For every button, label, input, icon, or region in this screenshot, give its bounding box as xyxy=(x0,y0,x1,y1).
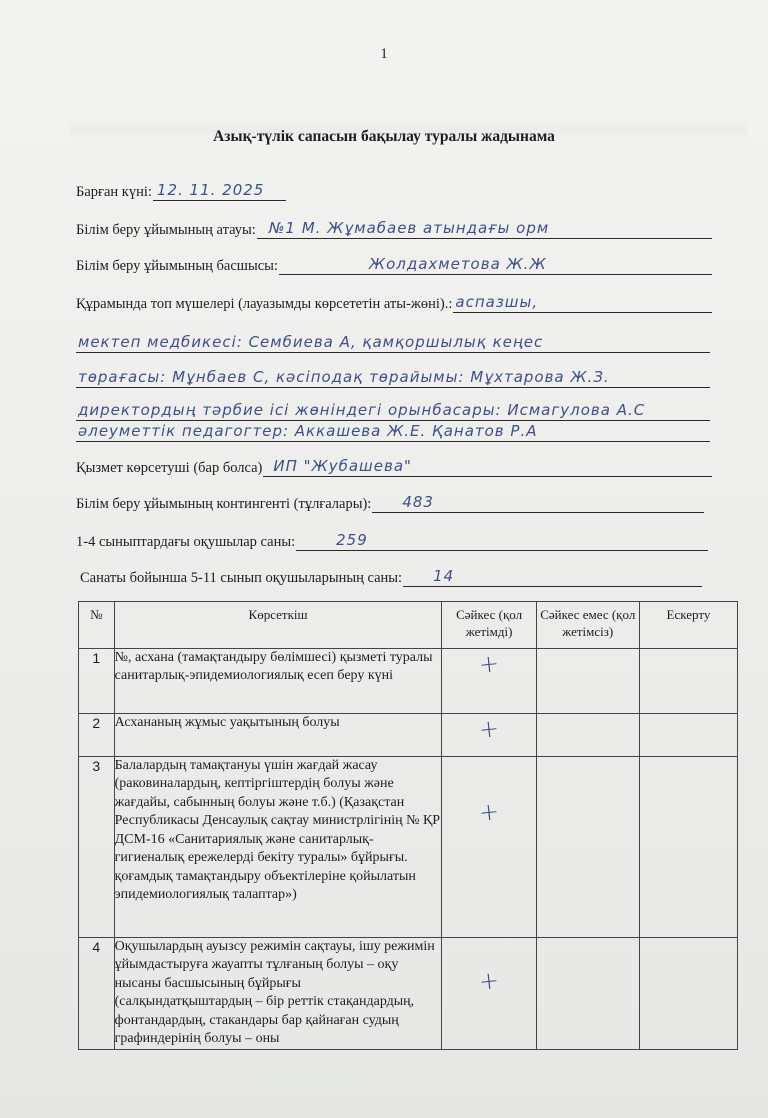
grades-1-4-value: 259 xyxy=(336,531,368,549)
contingent-field: Білім беру ұйымының контингенті (тұлғала… xyxy=(76,492,704,513)
row-number: 4 xyxy=(79,938,115,1050)
header-no: № xyxy=(79,602,115,649)
row-number: 3 xyxy=(79,757,115,938)
org-name-label: Білім беру ұйымының атауы: xyxy=(76,222,256,239)
grades-5-11-label: Санаты бойынша 5-11 сынып оқушыларының с… xyxy=(80,570,402,587)
contingent-line: 483 xyxy=(372,492,704,513)
table-row: 2 Асхананың жұмыс уақытының болуы + xyxy=(79,714,738,757)
org-name-line: №1 М. Жұмабаев атындағы орм xyxy=(257,218,712,239)
row-number: 2 xyxy=(79,714,115,757)
org-head-label: Білім беру ұйымының басшысы: xyxy=(76,258,278,275)
members-continuation-4: әлеуметтік педагогтер: Аккашева Ж.Е. Қан… xyxy=(78,422,538,440)
row-note-cell[interactable] xyxy=(639,649,737,714)
row-note-cell[interactable] xyxy=(639,757,737,938)
row-compliant-cell[interactable]: + xyxy=(442,757,536,938)
date-label: Барған күні: xyxy=(76,184,152,201)
members-line-4: директордың тәрбие ісі жөніндегі орынбас… xyxy=(76,398,710,421)
members-line-2: мектеп медбикесі: Сембиева А, қамқоршылы… xyxy=(76,328,710,353)
row-indicator: Оқушылардың ауызсу режимін сақтауы, ішу … xyxy=(114,938,442,1050)
members-field: Құрамында топ мүшелері (лауазымды көрсет… xyxy=(76,292,712,313)
check-mark: + xyxy=(477,648,500,682)
row-note-cell[interactable] xyxy=(639,938,737,1050)
row-compliant-cell[interactable]: + xyxy=(442,649,536,714)
table-row: 1 №, асхана (тамақтандыру бөлімшесі) қыз… xyxy=(79,649,738,714)
row-indicator: Асхананың жұмыс уақытының болуы xyxy=(114,714,442,757)
check-mark: + xyxy=(477,965,500,999)
row-non-compliant-cell[interactable] xyxy=(536,938,639,1050)
grades-1-4-field: 1-4 сыныптардағы оқушылар саны: 259 xyxy=(76,530,708,551)
table-header-row: № Көрсеткіш Сәйкес (қол жетімді) Сәйкес … xyxy=(79,602,738,649)
service-provider-line: ИП "Жубашева" xyxy=(263,456,712,477)
contingent-label: Білім беру ұйымының контингенті (тұлғала… xyxy=(76,496,371,513)
date-line: 12. 11. 2025 xyxy=(153,180,286,201)
checklist-table: № Көрсеткіш Сәйкес (қол жетімді) Сәйкес … xyxy=(78,601,738,1050)
row-non-compliant-cell[interactable] xyxy=(536,714,639,757)
date-value: 12. 11. 2025 xyxy=(157,181,264,199)
members-continuation-1: мектеп медбикесі: Сембиева А, қамқоршылы… xyxy=(78,333,543,351)
contingent-value: 483 xyxy=(402,493,434,511)
grades-5-11-line: 14 xyxy=(403,566,702,587)
check-mark: + xyxy=(477,796,500,830)
row-indicator: Балалардың тамақтануы үшін жағдай жасау … xyxy=(114,757,442,938)
row-non-compliant-cell[interactable] xyxy=(536,649,639,714)
service-provider-label: Қызмет көрсетуші (бар болса) xyxy=(76,460,262,477)
document-title: Азық-түлік сапасын бақылау туралы жадына… xyxy=(0,128,768,146)
row-indicator: №, асхана (тамақтандыру бөлімшесі) қызме… xyxy=(114,649,442,714)
document-page: 1 Азық-түлік сапасын бақылау туралы жады… xyxy=(0,0,768,1118)
org-head-value: Жолдахметова Ж.Ж xyxy=(369,255,547,273)
header-non-compliant: Сәйкес емес (қол жетімсіз) xyxy=(536,602,639,649)
members-continuation-3: директордың тәрбие ісі жөніндегі орынбас… xyxy=(78,401,645,419)
row-number: 1 xyxy=(79,649,115,714)
grades-1-4-line: 259 xyxy=(296,530,708,551)
grades-1-4-label: 1-4 сыныптардағы оқушылар саны: xyxy=(76,534,295,551)
row-note-cell[interactable] xyxy=(639,714,737,757)
row-compliant-cell[interactable]: + xyxy=(442,938,536,1050)
org-name-field: Білім беру ұйымының атауы: №1 М. Жұмабае… xyxy=(76,218,712,239)
check-mark: + xyxy=(477,713,500,747)
row-non-compliant-cell[interactable] xyxy=(536,757,639,938)
date-field: Барған күні: 12. 11. 2025 xyxy=(76,180,286,201)
org-head-line: Жолдахметова Ж.Ж xyxy=(279,254,712,275)
members-line-5: әлеуметтік педагогтер: Аккашева Ж.Е. Қан… xyxy=(76,421,710,442)
members-line-3: төрағасы: Мұнбаев С, кәсіподақ төрайымы:… xyxy=(76,363,710,388)
org-name-value: №1 М. Жұмабаев атындағы орм xyxy=(269,219,549,237)
members-value: аспазшы, xyxy=(455,293,538,311)
header-note: Ескерту xyxy=(639,602,737,649)
org-head-field: Білім беру ұйымының басшысы: Жолдахметов… xyxy=(76,254,712,275)
page-number: 1 xyxy=(0,46,768,63)
table-row: 3 Балалардың тамақтануы үшін жағдай жаса… xyxy=(79,757,738,938)
service-provider-field: Қызмет көрсетуші (бар болса) ИП "Жубашев… xyxy=(76,456,712,477)
members-label: Құрамында топ мүшелері (лауазымды көрсет… xyxy=(76,296,452,313)
table-row: 4 Оқушылардың ауызсу режимін сақтауы, іш… xyxy=(79,938,738,1050)
grades-5-11-field: Санаты бойынша 5-11 сынып оқушыларының с… xyxy=(80,566,702,587)
row-compliant-cell[interactable]: + xyxy=(442,714,536,757)
members-continuation-2: төрағасы: Мұнбаев С, кәсіподақ төрайымы:… xyxy=(78,368,610,386)
header-compliant: Сәйкес (қол жетімді) xyxy=(442,602,536,649)
members-line: аспазшы, xyxy=(453,292,712,313)
service-provider-value: ИП "Жубашева" xyxy=(273,457,412,475)
header-indicator: Көрсеткіш xyxy=(114,602,442,649)
grades-5-11-value: 14 xyxy=(433,567,454,585)
